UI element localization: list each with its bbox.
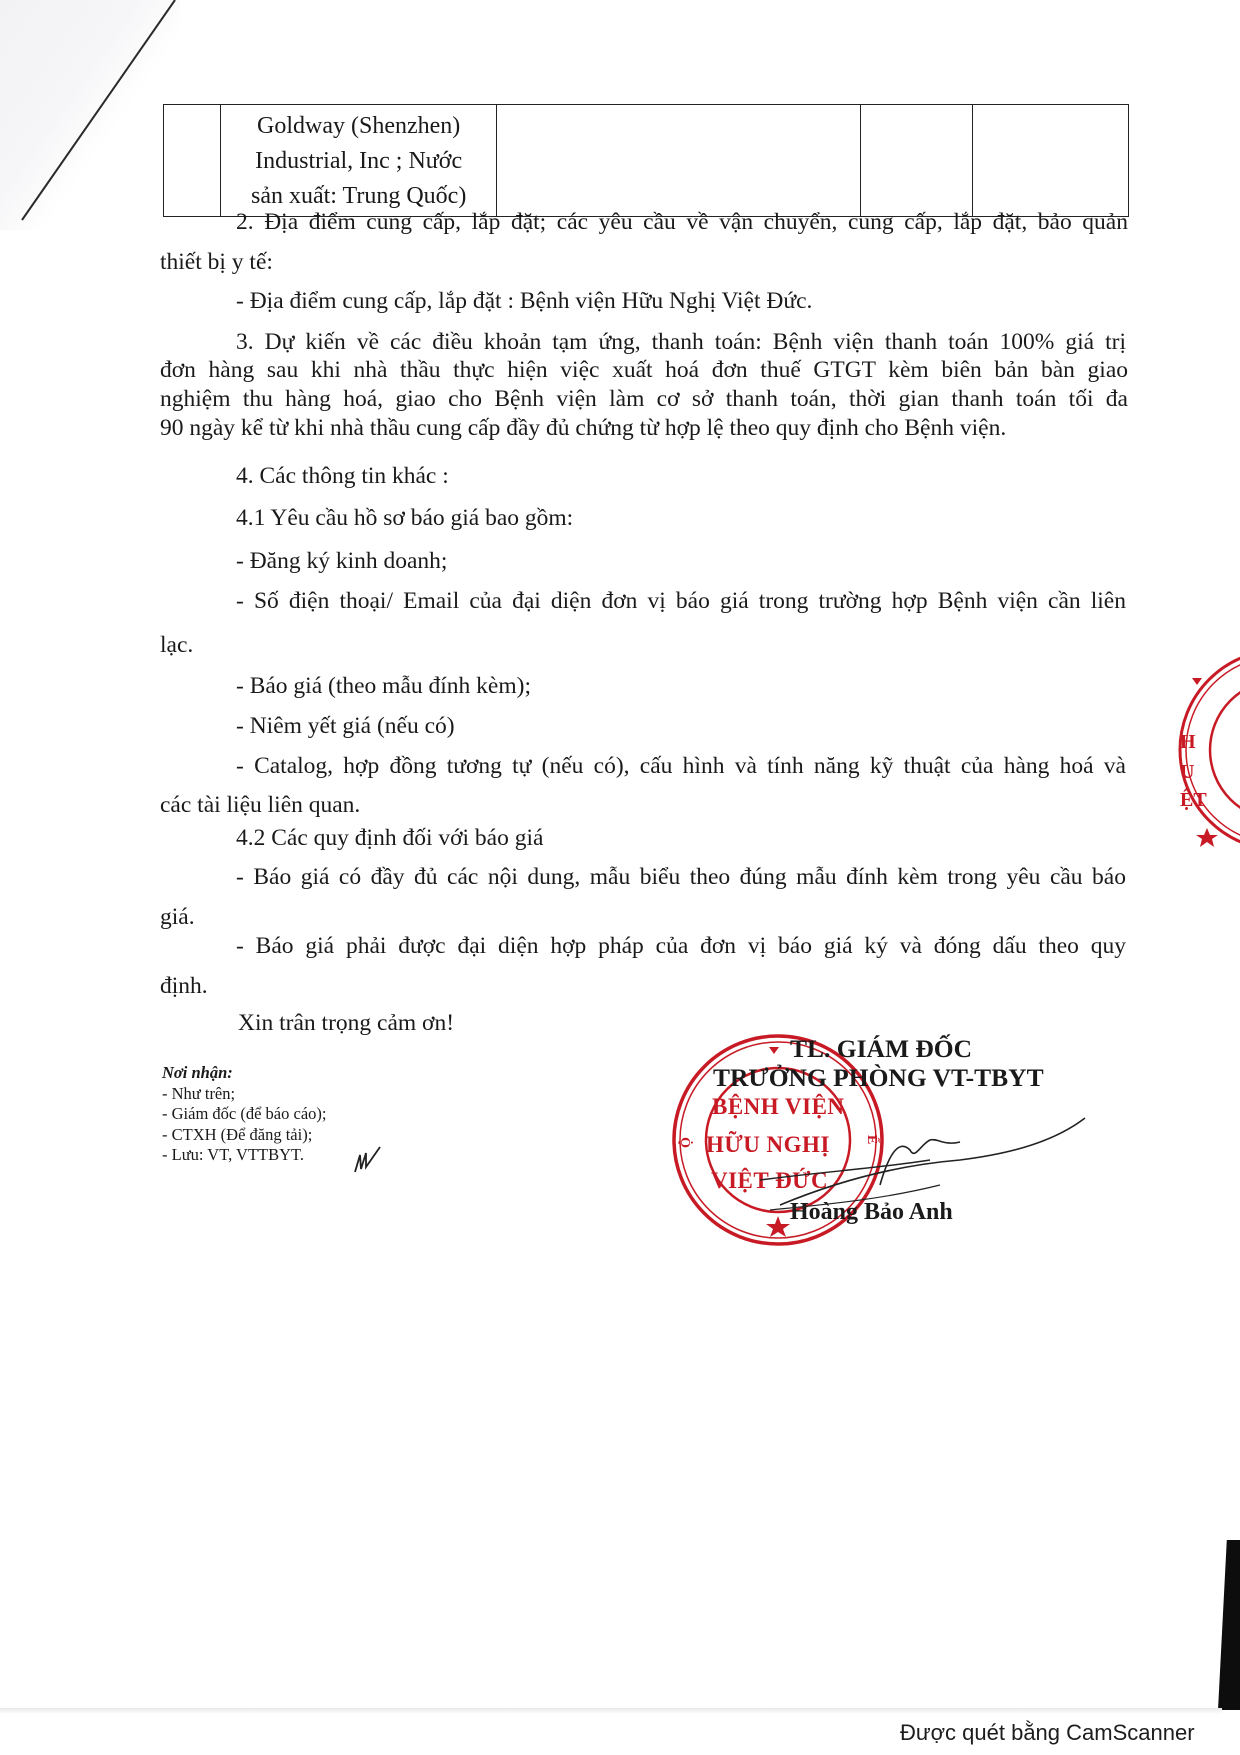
signature-title: TL. GIÁM ĐỐC [790, 1034, 972, 1064]
table-cell-unit [860, 105, 973, 217]
table-cell-manufacturer: Goldway (Shenzhen) Industrial, Inc ; Nướ… [220, 105, 497, 217]
manufacturer-line: Industrial, Inc ; Nước [221, 144, 497, 179]
initials-mark [352, 1145, 382, 1175]
camscanner-watermark: Được quét bằng CamScanner [900, 1720, 1195, 1746]
recipient-item: - Như trên; [162, 1084, 326, 1105]
table-row: Goldway (Shenzhen) Industrial, Inc ; Nướ… [164, 105, 1129, 217]
delivery-location: - Địa điểm cung cấp, lắp đặt : Bệnh viện… [236, 286, 812, 316]
scan-background-edge [1218, 1540, 1240, 1710]
req-catalog: - Catalog, hợp đồng tương tự (nếu có), c… [236, 751, 1126, 781]
section-3-line: đơn hàng sau khi nhà thầu thực hiện việc… [160, 355, 1128, 385]
closing-thanks: Xin trân trọng cảm ơn! [238, 1008, 454, 1038]
rule-complete-content: - Báo giá có đầy đủ các nội dung, mẫu bi… [236, 862, 1126, 892]
section-2-heading: 2. Địa điểm cung cấp, lắp đặt; các yêu c… [236, 207, 1128, 237]
page-bottom-shadow [0, 1708, 1222, 1714]
recipient-item: - Giám đốc (để báo cáo); [162, 1104, 326, 1125]
signature-position: TRƯỞNG PHÒNG VT-TBYT [713, 1063, 1044, 1093]
req-catalog-cont: các tài liệu liên quan. [160, 790, 360, 820]
section-3-line: 90 ngày kể từ khi nhà thầu cung cấp đầy … [160, 413, 1006, 443]
req-business-registration: - Đăng ký kinh doanh; [236, 546, 447, 576]
recipient-item: - Lưu: VT, VTTBYT. [162, 1145, 326, 1166]
recipients-title: Nơi nhận: [162, 1063, 326, 1084]
svg-text:U: U [1180, 761, 1194, 783]
section-3-line: 3. Dự kiến về các điều khoản tạm ứng, th… [236, 327, 1126, 357]
rule-signed-stamped: - Báo giá phải được đại diện hợp pháp củ… [236, 931, 1126, 961]
section-4-2-heading: 4.2 Các quy định đối với báo giá [236, 823, 543, 853]
section-3-line: nghiệm thu hàng hoá, giao cho Bệnh viện … [160, 384, 1128, 414]
section-4-heading: 4. Các thông tin khác : [236, 461, 449, 491]
svg-text:Ộ: Ộ [677, 1137, 694, 1148]
recipient-item: - CTXH (Để đăng tải); [162, 1125, 326, 1146]
table-cell-specs [497, 105, 860, 217]
req-contact-info: - Số điện thoại/ Email của đại diện đơn … [236, 586, 1126, 616]
req-contact-info-cont: lạc. [160, 630, 193, 660]
req-price-listing: - Niêm yết giá (nếu có) [236, 711, 455, 741]
partial-seal: H U ỆT [1150, 640, 1240, 870]
table-cell-index [164, 105, 221, 217]
handwritten-signature [760, 1110, 1090, 1220]
rule-signed-stamped-cont: định. [160, 971, 208, 1001]
table-cell-quantity [973, 105, 1129, 217]
svg-text:ỆT: ỆT [1180, 788, 1207, 811]
partial-seal-text: H [1180, 731, 1196, 753]
scanned-document-page: Goldway (Shenzhen) Industrial, Inc ; Nướ… [0, 0, 1240, 1755]
recipients-block: Nơi nhận: - Như trên; - Giám đốc (để báo… [162, 1063, 326, 1166]
section-2-heading-cont: thiết bị y tế: [160, 247, 273, 277]
manufacturer-line: Goldway (Shenzhen) [221, 109, 497, 144]
req-quote-form: - Báo giá (theo mẫu đính kèm); [236, 671, 531, 701]
rule-complete-content-cont: giá. [160, 902, 195, 932]
section-4-1-heading: 4.1 Yêu cầu hồ sơ báo giá bao gồm: [236, 503, 573, 533]
equipment-table: Goldway (Shenzhen) Industrial, Inc ; Nướ… [163, 104, 1129, 217]
